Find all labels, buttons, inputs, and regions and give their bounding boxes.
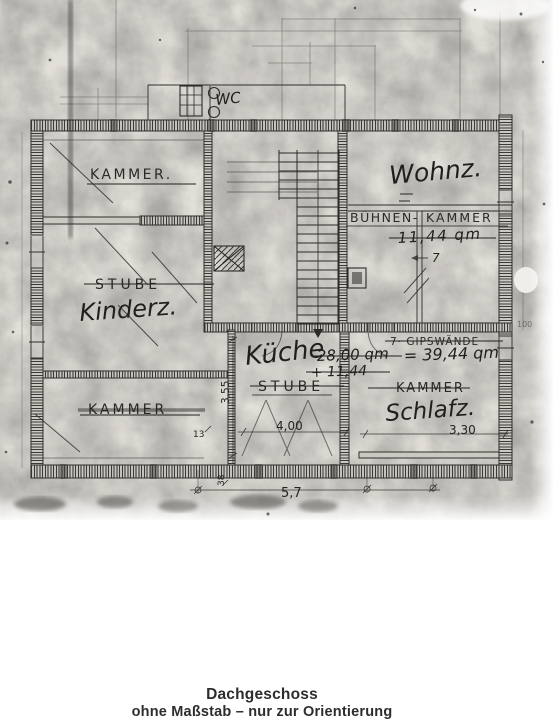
scanned-floorplan-page: KAMMER. STUBE Kinderz. KAMMER WC Wohnz. … bbox=[0, 0, 553, 726]
caption-title: Dachgeschoss bbox=[132, 686, 393, 704]
floorplan-scan: KAMMER. STUBE Kinderz. KAMMER WC Wohnz. … bbox=[0, 0, 553, 520]
caption: Dachgeschoss ohne Maßstab – nur zur Orie… bbox=[132, 686, 393, 720]
scan-grain-noise bbox=[0, 0, 553, 512]
caption-subtitle: ohne Maßstab – nur zur Orientierung bbox=[132, 704, 393, 720]
floorplan-drawing: KAMMER. STUBE Kinderz. KAMMER WC Wohnz. … bbox=[0, 0, 553, 520]
